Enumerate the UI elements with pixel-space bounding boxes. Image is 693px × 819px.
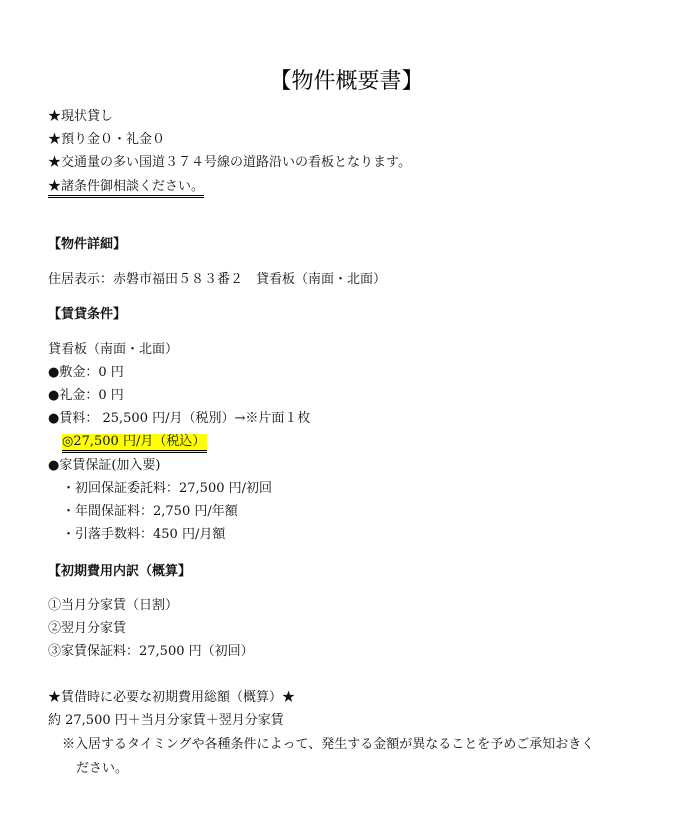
rent-tax-included-line: ◎27,500 円/月（税込） xyxy=(62,433,207,451)
guarantee-heading: ●家賃保証(加入要) xyxy=(48,457,161,475)
consultation-note: ★諸条件御相談ください。 xyxy=(48,179,204,198)
lease-subject: 貸看板（南面・北面） xyxy=(48,341,178,359)
address-line: 住居表示：赤磐市福田５８３番２ 貸看板（南面・北面） xyxy=(48,271,386,289)
total-amount: 約 27,500 円＋当月分家賃＋翌月分家賃 xyxy=(48,712,284,730)
intro-line-2: ★預り金０・礼金０ xyxy=(48,131,165,149)
initial-cost-item-2: ②翌月分家賃 xyxy=(48,620,126,638)
initial-cost-item-1: ①当月分家賃（日割） xyxy=(48,597,178,615)
guarantee-item-withdrawal-fee: ・引落手数料：450 円/月額 xyxy=(62,526,225,544)
initial-cost-item-3: ③家賃保証料：27,500 円（初回） xyxy=(48,643,254,661)
lease-terms-heading: 【賃貸条件】 xyxy=(48,306,126,324)
intro-line-3: ★交通量の多い国道３７４号線の道路沿いの看板となります。 xyxy=(48,154,411,172)
guarantee-item-annual: ・年間保証料：2,750 円/年額 xyxy=(62,503,238,521)
intro-line-4: ★諸条件御相談ください。 xyxy=(48,178,204,196)
property-details-heading: 【物件詳細】 xyxy=(48,236,126,254)
initial-costs-heading: 【初期費用内訳（概算】 xyxy=(48,563,191,581)
total-note-line-1: ※入居するタイミングや各種条件によって、発生する金額が異なることを予めご承知おき… xyxy=(62,736,594,754)
deposit-line: ●敷金：0 円 xyxy=(48,364,124,382)
key-money-line: ●礼金：0 円 xyxy=(48,387,124,405)
total-note-line-2: ださい。 xyxy=(76,760,128,778)
rent-line: ●賃料： 25,500 円/月（税別）→※片面１枚 xyxy=(48,410,310,428)
rent-tax-included-highlight: ◎27,500 円/月（税込） xyxy=(62,434,207,453)
total-heading: ★賃借時に必要な初期費用総額（概算）★ xyxy=(48,689,295,707)
intro-line-1: ★現状貸し xyxy=(48,108,113,126)
document-title: 【物件概要書】 xyxy=(0,66,693,98)
guarantee-item-initial: ・初回保証委託料：27,500 円/初回 xyxy=(62,480,272,498)
document-page: 【物件概要書】 ★現状貸し ★預り金０・礼金０ ★交通量の多い国道３７４号線の道… xyxy=(0,0,693,819)
